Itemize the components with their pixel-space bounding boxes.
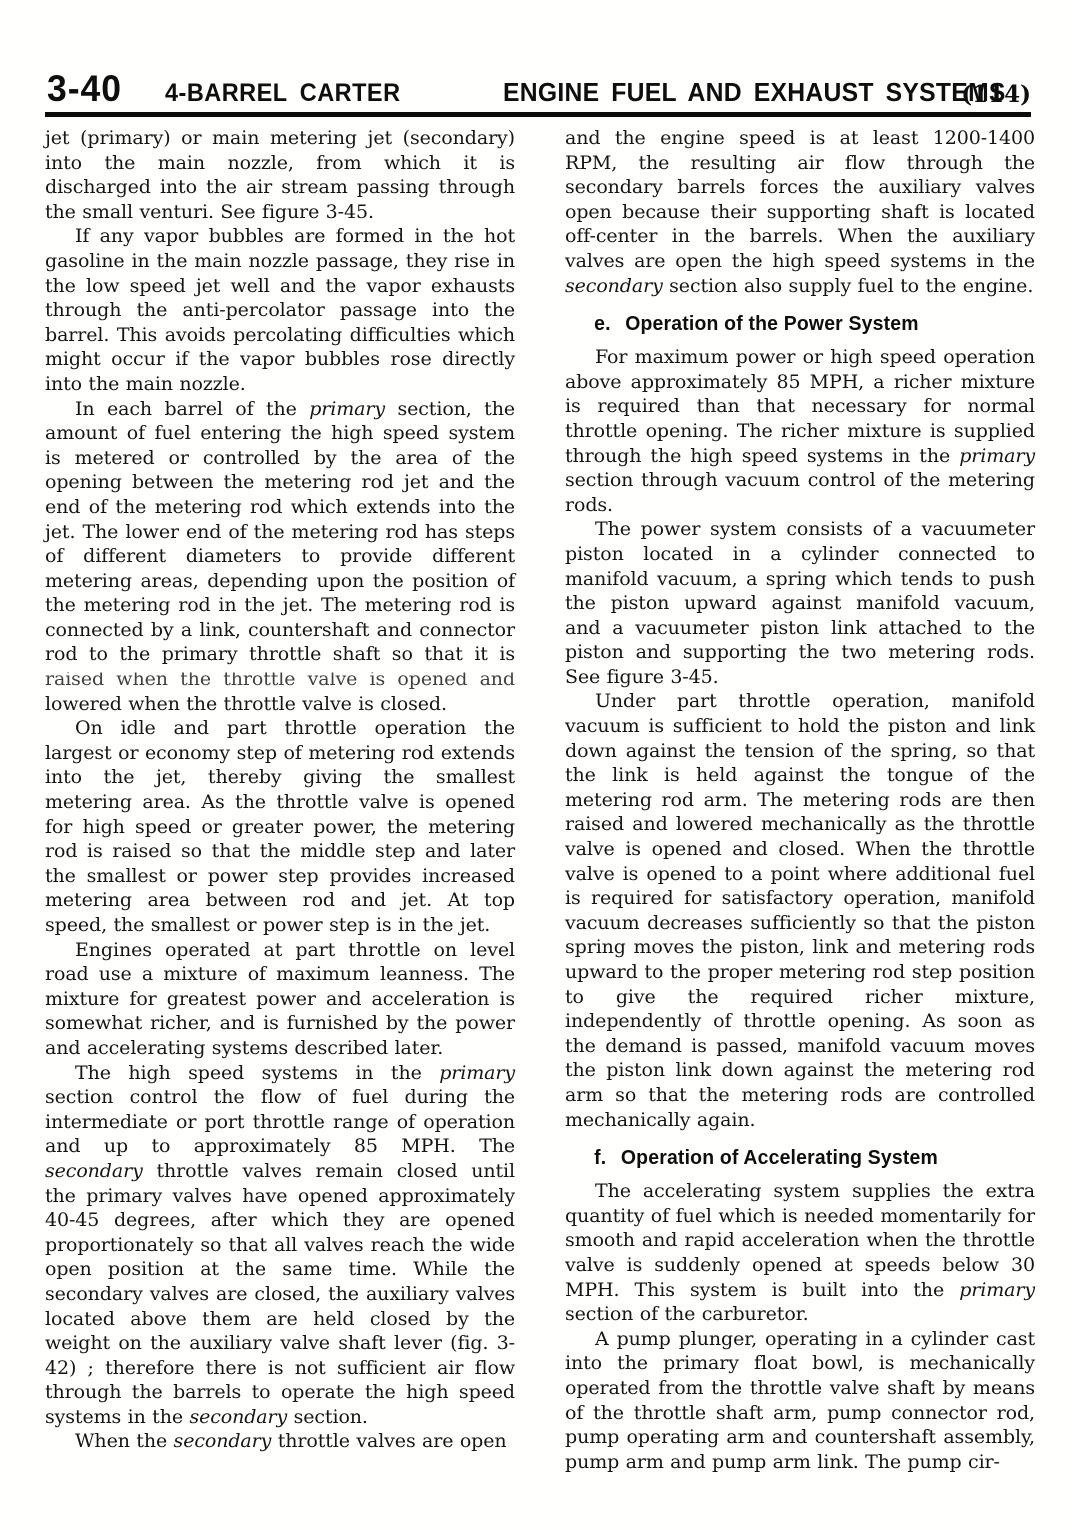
text-run: Engines operated at part throttle on lev…: [45, 939, 515, 1059]
text-run: On idle and part throttle operation the …: [45, 717, 515, 936]
text-run: throttle valves are open: [271, 1430, 506, 1452]
text-run: Under part throttle operation, manifold …: [565, 690, 1035, 1130]
italic-term: primary: [439, 1062, 515, 1084]
text-run: and the engine speed is at least 1200-14…: [565, 127, 1035, 272]
paragraph: and the engine speed is at least 1200-14…: [565, 126, 1035, 298]
text-run: If any vapor bubbles are formed in the h…: [45, 225, 515, 395]
text-run: throttle valves remain closed until the …: [45, 1160, 515, 1428]
page-header: 3-40 4-BARREL CARTER ENGINE FUEL AND EXH…: [45, 62, 1031, 110]
italic-term: secondary: [565, 275, 663, 297]
paragraph: The power system consists of a vacuumete…: [565, 517, 1035, 689]
text-run: When the: [75, 1430, 174, 1452]
manual-page: 3-40 4-BARREL CARTER ENGINE FUEL AND EXH…: [0, 0, 1072, 1530]
paragraph: A pump plunger, operating in a cylinder …: [565, 1327, 1035, 1475]
left-column: jet (primary) or main metering jet (seco…: [45, 126, 515, 1474]
italic-term: secondary: [45, 1160, 143, 1182]
text-run: section through vacuum control of the me…: [565, 469, 1035, 516]
italic-term: primary: [959, 445, 1035, 467]
text-run: The power system consists of a vacuumete…: [565, 518, 1035, 688]
paragraph: The high speed systems in the primary se…: [45, 1061, 515, 1430]
page-title: ENGINE FUEL AND EXHAUST SYSTEMS: [503, 77, 1006, 108]
paragraph: In each barrel of the primary section, t…: [45, 397, 515, 717]
text-run: lowered when the throttle valve is close…: [45, 693, 447, 715]
paragraph: When the secondary throttle valves are o…: [45, 1429, 515, 1454]
section-heading: e.Operation of the Power System: [565, 313, 1021, 336]
text-run: jet (primary) or main metering jet (seco…: [45, 127, 515, 223]
text-run: section.: [287, 1406, 368, 1428]
heading-letter: f.: [594, 1147, 606, 1170]
paragraph: Engines operated at part throttle on lev…: [45, 938, 515, 1061]
section-title-left: 4-BARREL CARTER: [165, 79, 401, 108]
header-rule: [45, 112, 1031, 117]
italic-term: primary: [959, 1279, 1035, 1301]
paragraph: On idle and part throttle operation the …: [45, 716, 515, 937]
section-heading: f.Operation of Accelerating System: [565, 1147, 1021, 1170]
text-run: section of the carburetor.: [565, 1303, 809, 1325]
heading-text: Operation of the Power System: [625, 313, 918, 335]
paragraph: jet (primary) or main metering jet (seco…: [45, 126, 515, 224]
heading-letter: e.: [594, 313, 611, 336]
text-run: The high speed systems in the: [75, 1062, 439, 1084]
italic-term: secondary: [174, 1430, 272, 1452]
paragraph: The accelerating system supplies the ext…: [565, 1179, 1035, 1327]
page-ref-number: (114): [961, 81, 1031, 108]
page-number: 3-40: [47, 68, 122, 110]
heading-text: Operation of Accelerating System: [621, 1147, 938, 1169]
italic-term: secondary: [189, 1406, 287, 1428]
paragraph: Under part throttle operation, manifold …: [565, 689, 1035, 1132]
text-run: section control the flow of fuel during …: [45, 1086, 515, 1157]
text-run: section, the amount of fuel entering the…: [45, 398, 515, 666]
paragraph: For maximum power or high speed operatio…: [565, 345, 1035, 517]
italic-term: primary: [309, 398, 385, 420]
two-column-text: jet (primary) or main metering jet (seco…: [45, 126, 1035, 1474]
paragraph: If any vapor bubbles are formed in the h…: [45, 224, 515, 396]
right-column: and the engine speed is at least 1200-14…: [565, 126, 1035, 1474]
text-run: A pump plunger, operating in a cylinder …: [565, 1328, 1035, 1473]
text-run: In each barrel of the: [75, 398, 309, 420]
degraded-print-text: raised when the throttle valve is opened…: [45, 668, 515, 690]
text-run: section also supply fuel to the engine.: [663, 275, 1034, 297]
